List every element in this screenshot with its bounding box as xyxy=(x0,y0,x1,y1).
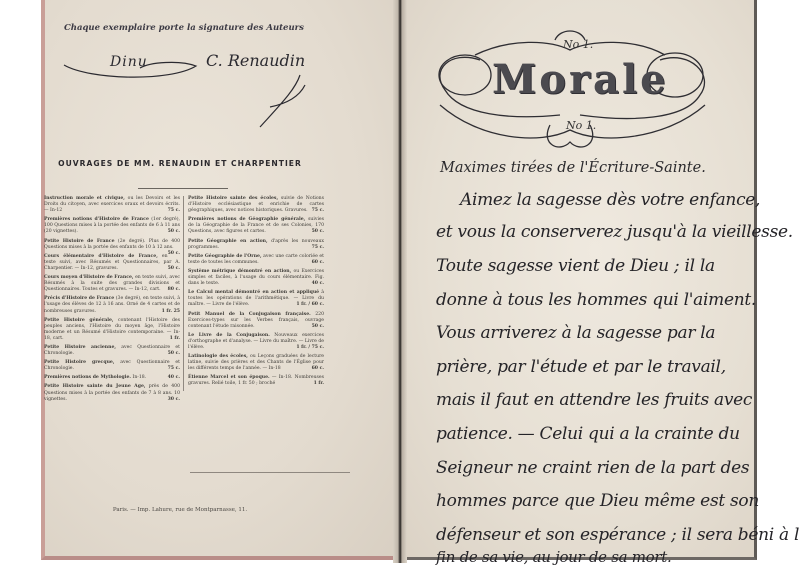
page-title: Morale xyxy=(492,56,669,103)
catalog-entry: Étienne Marcel et son époque. — In-18. N… xyxy=(188,375,324,387)
catalog-entry: Petit Manuel de la Conjugaison française… xyxy=(188,312,324,330)
catalog-column-right: Petite Histoire sainte des écoles, suivi… xyxy=(183,196,324,391)
catalog-entry: Petite Histoire sainte des écoles, suivi… xyxy=(188,196,324,214)
handwriting-line: Aimez la sagesse dès votre enfance, xyxy=(460,190,760,210)
handwriting-line: et vous la conserverez jusqu'à la vieill… xyxy=(436,222,793,242)
catalog-entry: Cours moyen d'Histoire de France, en tex… xyxy=(44,275,180,293)
catalog-entry: Petite Histoire de France (2e degré). Pl… xyxy=(44,239,180,251)
catalog-title: OUVRAGES DE MM. RENAUDIN ET CHARPENTIER xyxy=(0,159,360,168)
handwriting-line: Seigneur ne craint rien de la part des xyxy=(436,458,749,478)
signature-dinu: Dinu xyxy=(60,50,200,90)
handwriting-line: donne à tous les hommes qui l'aiment. xyxy=(436,290,756,310)
signature-renaudin: C. Renaudin xyxy=(200,45,320,135)
catalog-entry: Premières notions de Mythologie. In-18. … xyxy=(44,375,180,381)
catalog-column-left: Instruction morale et civique, ou les De… xyxy=(44,196,180,406)
handwriting-line: prière, par l'étude et par le travail, xyxy=(436,357,726,377)
catalog-entry: Instruction morale et civique, ou les De… xyxy=(44,196,180,214)
signature-notice: Chaque exemplaire porte la signature des… xyxy=(64,23,304,33)
catalog-entry: Cours élémentaire d'Histoire de France, … xyxy=(44,254,180,272)
title-divider xyxy=(138,188,228,189)
exercise-number-top: No 1. xyxy=(563,38,593,51)
bottom-divider xyxy=(190,472,350,473)
handwriting-line: fin de sa vie, au jour de sa mort. xyxy=(436,548,671,565)
catalog-entry: Petite Géographie en action, d'après les… xyxy=(188,239,324,251)
handwriting-line: Vous arriverez à la sagesse par la xyxy=(436,323,715,343)
catalog-entry: Premières notions de Géographie générale… xyxy=(188,217,324,235)
catalog-entry: Premières notions d'Histoire de France (… xyxy=(44,217,180,235)
handwriting-line: mais il faut en attendre les fruits avec xyxy=(436,390,752,410)
handwriting-line: hommes parce que Dieu même est son xyxy=(436,491,759,511)
section-subtitle: Maximes tirées de l'Écriture-Sainte. xyxy=(440,160,706,176)
catalog-entry: Petite Histoire sainte du Jeune Age, prè… xyxy=(44,384,180,402)
catalog-entry: Système métrique démontré en action, ou … xyxy=(188,269,324,287)
handwriting-line: défenseur et son espérance ; il sera bén… xyxy=(436,525,799,545)
catalog-entry: Le Calcul mental démontré en action et a… xyxy=(188,290,324,308)
handwriting-line: Toute sagesse vient de Dieu ; il la xyxy=(436,256,715,276)
handwriting-line: patience. — Celui qui a la crainte du xyxy=(436,424,740,444)
exercise-number-bottom: No 1. xyxy=(566,119,596,132)
catalog-entry: Petite Géographie de l'Orne, avec une ca… xyxy=(188,254,324,266)
catalog-entry: Petite Histoire grecque, avec Questionna… xyxy=(44,360,180,372)
catalog-entry: Petite Histoire ancienne, avec Questionn… xyxy=(44,345,180,357)
catalog-entry: Latinologie des écoles, ou Leçons gradué… xyxy=(188,354,324,372)
catalog-entry: Petite Histoire générale, contenant l'Hi… xyxy=(44,318,180,342)
book-spine xyxy=(393,0,407,563)
catalog-entry: Précis d'Histoire de France (3e degré), … xyxy=(44,296,180,314)
printer-imprint: Paris. — Imp. Lahure, rue de Montparnass… xyxy=(0,507,360,513)
catalog-entry: Le Livre de la Conjugaison. Nouveaux exe… xyxy=(188,333,324,351)
